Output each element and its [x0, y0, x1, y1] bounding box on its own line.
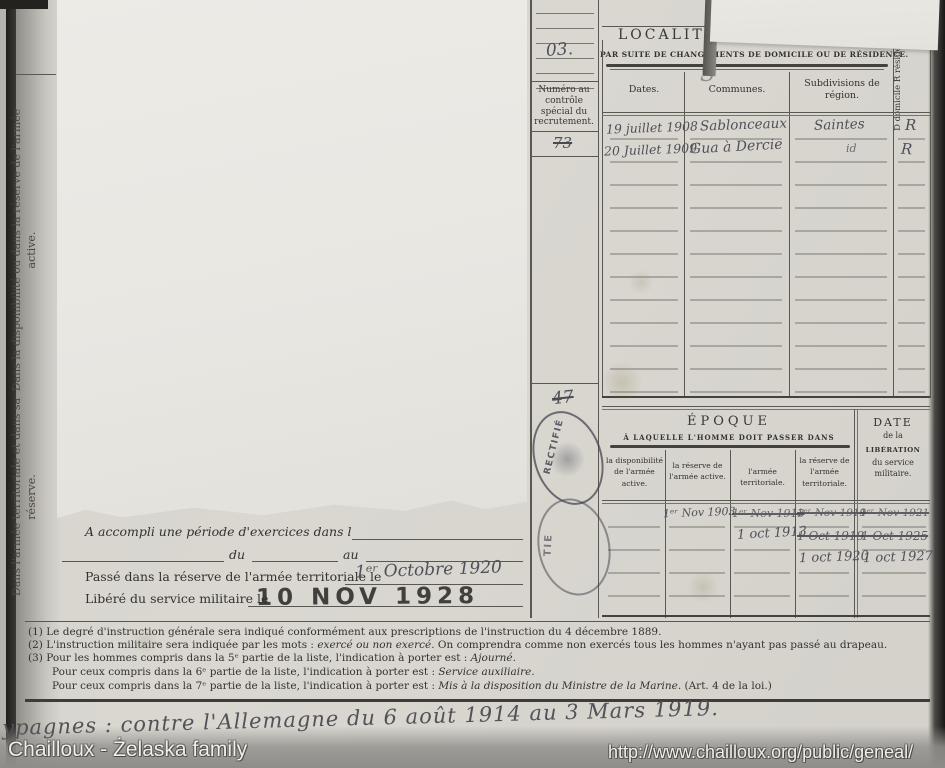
localites-bottom-border: [602, 396, 930, 398]
form-line1-blank: [352, 539, 523, 540]
footnote-2: (2) L'instruction militaire sera indiqué…: [28, 639, 887, 651]
footnote-1-text: (1) Le degré d'instruction générale sera…: [28, 626, 661, 638]
top-edge-shadow: [0, 0, 48, 9]
localites-row1-commune: Sablonceaux: [700, 115, 788, 134]
localites-row1-dr: R: [905, 116, 916, 134]
footnote-4: Pour ceux compris dans la 6ᵉ partie de l…: [52, 666, 535, 678]
footnote-bottom-rule: [25, 699, 930, 702]
footnote-separator: [25, 621, 930, 622]
localites-header-underline-a: [602, 112, 930, 113]
epoque-divider-2: [730, 450, 731, 618]
epoque-date-header-l5: militaire.: [858, 469, 928, 478]
localites-rules-communes: [690, 117, 782, 398]
epoque-rules-c3: [734, 505, 790, 616]
footnote-3-pre: (3) Pour les hommes compris dans la 5ᵉ p…: [28, 652, 471, 664]
localites-left-border: [602, 40, 603, 398]
localites-col-communes: Communes.: [686, 84, 788, 95]
form-line2-blank-a: [62, 561, 224, 562]
rectifie-stamp-text: RECTIFIÉ: [543, 418, 566, 476]
epoque-entry-c4r3: 1 oct 1920: [799, 549, 869, 566]
footnote-4-em: Service auxiliaire.: [438, 666, 534, 678]
localites-rules-dates: [610, 117, 678, 398]
epoque-col1-header: la disponibilité de l'armée active.: [606, 455, 663, 489]
epoque-entry-c2r1: 1ᵉʳ Nov 1903: [663, 505, 736, 521]
epoque-title: ÉPOQUE: [604, 414, 854, 429]
localites-rules-dr: [898, 117, 925, 398]
localites-brace-rule: [606, 64, 888, 67]
localites-col-subdivisions: Subdivisions de région.: [795, 78, 889, 102]
watermark-family: Chailloux - Żelaska family: [8, 738, 247, 762]
date-stamp: 10 NOV 1928: [256, 583, 479, 611]
numero-value: 73: [553, 134, 572, 152]
control-top-note: 03.: [545, 39, 573, 61]
margin-rule: [16, 74, 56, 75]
epoque-date-header-l2: de la: [858, 431, 928, 440]
numero-label: Numéro au contrôle spécial du recrutemen…: [533, 85, 595, 128]
numero-under-rule: [531, 156, 598, 157]
footnote-3: (3) Pour les hommes compris dans la 5ᵉ p…: [28, 652, 516, 664]
epoque-header-underline-a: [602, 500, 930, 501]
control-bottom-note: 47: [551, 387, 575, 409]
footnote-5-pre: Pour ceux compris dans la 7ᵉ partie de l…: [52, 680, 438, 692]
margin-label-active-army: Dans la disponibilité ou dans la réserve…: [10, 105, 56, 395]
localites-brace-rule-thin: [610, 69, 884, 70]
form-line1-label: A accompli une période d'exercices dans …: [85, 524, 351, 539]
footnote-5-em: Mis à la disposition du Ministre de la M…: [438, 680, 681, 692]
epoque-rules-c2: [669, 505, 725, 616]
numero-box-bottom-rule: [531, 131, 598, 132]
form-line2-blank-b: [252, 561, 338, 562]
margin-label-territorial-army: Dans l'armée territoriale et dans sa rés…: [10, 377, 56, 617]
partial-stamp: TIE: [529, 492, 620, 603]
localites-right-border: [930, 40, 931, 398]
epoque-top-rule-b: [602, 409, 930, 410]
form-line3-label: Passé dans la réserve de l'armée territo…: [85, 569, 381, 584]
epoque-entry-c3r1: 1ᵉʳ Nov 1913: [732, 507, 805, 520]
epoque-entry-c5r2: 1 Oct 1925: [861, 529, 928, 543]
localites-rules-subdivisions: [795, 117, 887, 398]
footnote-5-post: (Art. 4 de la loi.): [681, 680, 772, 692]
watermark-url: http://www.chailloux.org/public/geneal/: [608, 742, 913, 763]
epoque-entry-c5r3: 1 oct 1927: [863, 549, 933, 566]
epoque-bottom-border: [602, 615, 930, 617]
footnote-5: Pour ceux compris dans la 7ᵉ partie de l…: [52, 680, 772, 692]
localites-subtitle: PAR SUITE DE CHANGEMENTS DE DOMICILE OU …: [600, 50, 890, 59]
epoque-date-header-l1: DATE: [858, 416, 928, 429]
epoque-date-header-l4: du service: [858, 458, 928, 467]
footnote-4-pre: Pour ceux compris dans la 6ᵉ partie de l…: [52, 666, 438, 678]
numero-box-top-rule: [531, 81, 598, 82]
footnote-3-em: Ajourné.: [471, 652, 516, 664]
footnote-2-pre: (2) L'instruction militaire sera indiqué…: [28, 639, 317, 651]
epoque-entry-c5r1: 1ᵉʳ Nov 1921: [860, 507, 929, 519]
control-column-left-border: [530, 0, 532, 618]
footnote-2-post: . On comprendra comme non exercés tous l…: [431, 639, 887, 651]
control-column-lower-rule: [531, 383, 598, 384]
epoque-col2-header: la réserve de l'armée active.: [667, 460, 728, 483]
localites-divider-2: [789, 72, 790, 398]
partial-stamp-text: TIE: [543, 533, 555, 557]
form-line2-au: au: [343, 547, 359, 562]
epoque-brace-rule: [610, 445, 850, 448]
epoque-header-underline-b: [602, 503, 930, 504]
footnote-2-em: exercé ou non exercé: [317, 639, 431, 651]
margin-label-territorial-army-text: Dans l'armée territoriale et dans sa rés…: [10, 398, 38, 596]
epoque-rules-c1: [608, 505, 660, 616]
document-page: Dans la disponibilité ou dans la réserve…: [0, 0, 945, 768]
epoque-entry-c4r2: 1 Oct 1919: [797, 529, 864, 543]
localites-row2-subdivision: id: [846, 142, 857, 155]
form-line4-label: Libéré du service militaire le: [85, 591, 268, 606]
localites-row1-date: 19 juillet 1908: [606, 118, 698, 136]
localites-row1-subdivision: Saintes: [814, 116, 865, 134]
epoque-subtitle: À LAQUELLE L'HOMME DOIT PASSER DANS: [604, 433, 854, 442]
rectifie-stamp: RECTIFIÉ: [521, 402, 615, 514]
margin-label-active-army-text: Dans la disponibilité ou dans la réserve…: [10, 109, 38, 392]
epoque-top-rule-a: [602, 406, 930, 407]
epoque-date-header-l3: LIBÉRATION: [858, 446, 928, 454]
epoque-entry-c4r1: 1ᵉʳ Nov 1919: [797, 507, 866, 519]
covering-sheet: [57, 0, 527, 522]
top-covering-piece: [710, 0, 940, 50]
form-line2-du: du: [229, 547, 245, 562]
localites-row2-dr: R: [900, 140, 913, 159]
epoque-col4-header: la réserve de l'armée territoriale.: [797, 455, 852, 489]
epoque-divider-1: [665, 450, 666, 618]
footnote-1: (1) Le degré d'instruction générale sera…: [28, 626, 661, 638]
form-line3-value: 1ᵉʳ Octobre 1920: [355, 557, 503, 582]
epoque-col3-header: l'armée territoriale.: [732, 466, 793, 489]
localites-col-dates: Dates.: [604, 84, 684, 95]
